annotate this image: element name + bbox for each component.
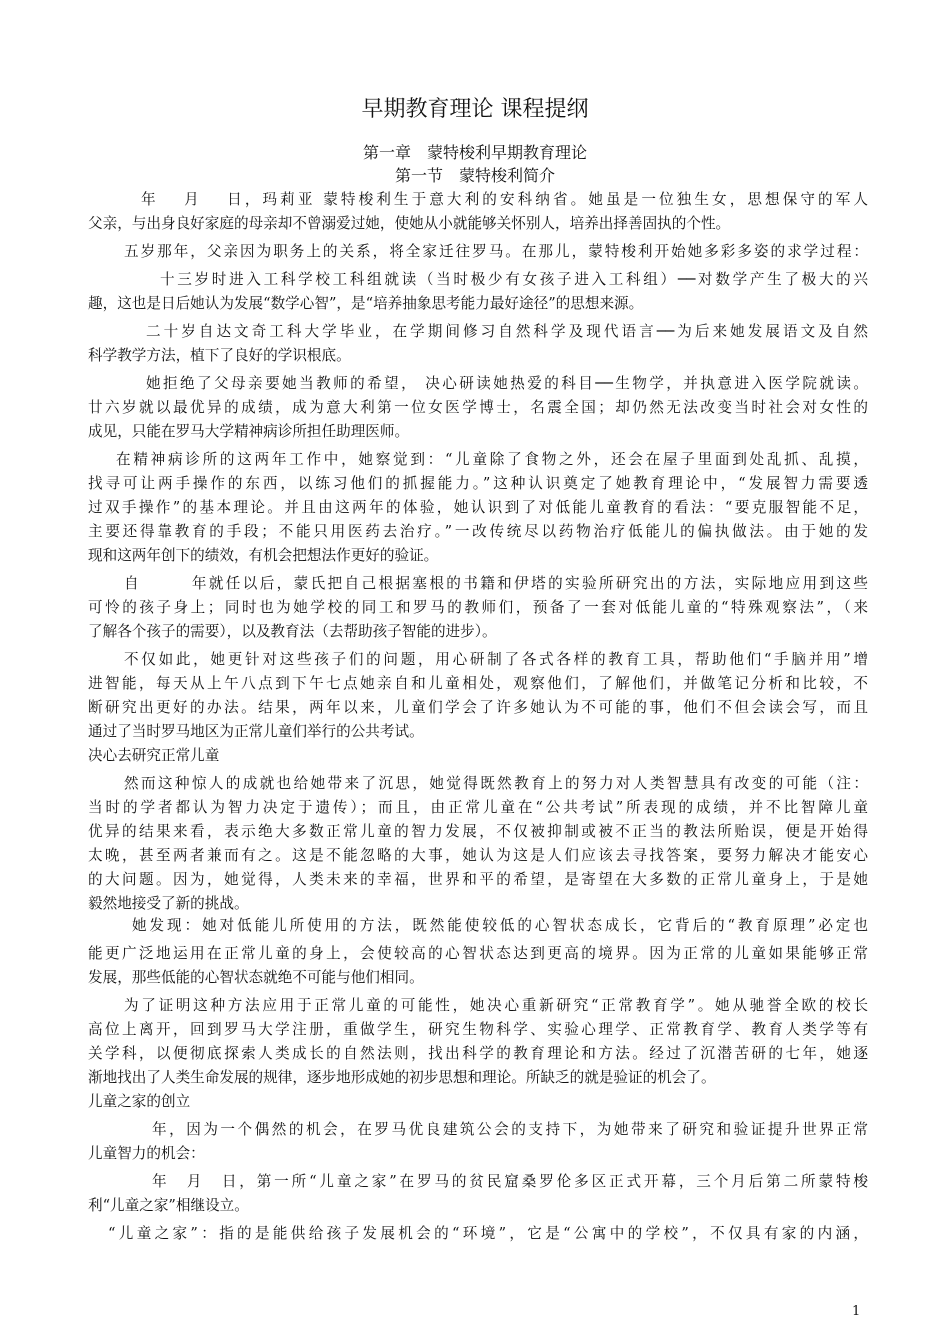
text-line: 年 月 日，第一所“儿童之家”在罗马的贫民窟桑罗伦多区正式开幕，三个月后第二所蒙…: [152, 1172, 868, 1192]
text-line: 科学教学方法，植下了良好的学识根底。: [88, 346, 868, 366]
text-line: 断研究出更好的办法。结果，两年以来，儿童们学会了许多她认为不可能的事，他们不但会…: [88, 698, 868, 718]
text-line: 她拒绝了父母亲要她当教师的希望， 决心研读她热爱的科目──生物学，并执意进入医学…: [146, 374, 868, 394]
text-line: 年 月 日，玛莉亚 蒙特梭利生于意大利的安科纳省。她虽是一位独生女，思想保守的军…: [88, 190, 868, 210]
text-line: 然而这种惊人的成就也给她带来了沉思，她觉得既然教育上的努力对人类智慧具有改变的可…: [124, 774, 868, 794]
text-line: 十三岁时进入工科学校工科组就读（当时极少有女孩子进入工科组）──对数学产生了极大…: [160, 270, 868, 290]
document-title: 早期教育理论 课程提纲: [0, 95, 950, 125]
text-line: 进智能，每天从上午八点到下午七点她亲自和儿童相处，观察他们，了解他们，并做笔记分…: [88, 674, 868, 694]
text-line: 为了证明这种方法应用于正常儿童的可能性，她决心重新研究“正常教育学”。她从驰誉全…: [124, 996, 868, 1016]
document-page: 早期教育理论 课程提纲 第一章 蒙特梭利早期教育理论 第一节 蒙特梭利简介 年 …: [0, 0, 950, 1344]
text-line: 可怜的孩子身上；同时也为她学校的同工和罗马的教师们，预备了一套对低能儿童的“特殊…: [88, 598, 868, 618]
text-line: 高位上离开，回到罗马大学注册，重做学生，研究生物科学、实验心理学、正常教育学、教…: [88, 1020, 868, 1040]
text-line: 通过了当时罗马地区为正常儿童们举行的公共考试。: [88, 722, 868, 742]
text-line: 廿六岁就以最优异的成绩，成为意大利第一位女医学博士，名震全国；却仍然无法改变当时…: [88, 398, 868, 418]
text-line: 关学科，以便彻底探索人类成长的自然法则，找出科学的教育理论和方法。经过了沉潜苦研…: [88, 1044, 868, 1064]
text-line: 了解各个孩子的需要），以及教育法（去帮助孩子智能的进步）。: [88, 622, 868, 642]
chapter-heading: 第一章 蒙特梭利早期教育理论: [0, 142, 950, 164]
text-line: 当时的学者都认为智力决定于遗传）；而且，由正常儿童在“公共考试”所表现的成绩，并…: [88, 798, 868, 818]
text-line: 毅然地接受了新的挑战。: [88, 894, 868, 914]
text-line: 五岁那年，父亲因为职务上的关系，将全家迁往罗马。在那儿，蒙特梭利开始她多彩多姿的…: [124, 242, 868, 262]
text-line: 儿童智力的机会：: [88, 1144, 868, 1164]
text-line: 发展，那些低能的心智状态就绝不可能与他们相同。: [88, 968, 868, 988]
subheading: 儿童之家的创立: [88, 1092, 190, 1112]
text-line: 优异的结果来看，表示绝大多数正常儿童的智力发展，不仅被抑制或被不正当的教法所贻误…: [88, 822, 868, 842]
text-line: 现和这两年创下的绩效，有机会把想法作更好的验证。: [88, 546, 868, 566]
text-line: 父亲，与出身良好家庭的母亲却不曾溺爱过她，使她从小就能够关怀别人，培养出择善固执…: [88, 214, 868, 234]
text-line: “儿童之家”：指的是能供给孩子发展机会的“环境”，它是“公寓中的学校”，不仅具有…: [108, 1224, 868, 1244]
text-line: 利“儿童之家”相继设立。: [88, 1196, 868, 1216]
text-line: 能更广泛地运用在正常儿童的身上，会使较高的心智状态达到更高的境界。因为正常的儿童…: [88, 944, 868, 964]
subheading: 决心去研究正常儿童: [88, 746, 219, 766]
text-line: 趣，这也是日后她认为发展“数学心智”，是“培养抽象思考能力最好途径”的思想来源。: [88, 294, 868, 314]
text-line: 找寻可让两手操作的东西，以练习他们的抓握能力。”这种认识奠定了她教育理论中，“发…: [88, 474, 868, 494]
text-line: 自 年就任以后，蒙氏把自己根据塞根的书籍和伊塔的实验所研究出的方法，实际地应用到…: [124, 574, 868, 594]
text-line: 主要还得靠教育的手段；不能只用医药去治疗。”一改传统尽以药物治疗低能儿的偏执做法…: [88, 522, 868, 542]
text-line: 太晚，甚至两者兼而有之。这是不能忽略的大事，她认为这是人们应该去寻找答案，要努力…: [88, 846, 868, 866]
section-heading: 第一节 蒙特梭利简介: [0, 165, 950, 187]
text-line: 成见，只能在罗马大学精神病诊所担任助理医师。: [88, 422, 868, 442]
text-line: 年，因为一个偶然的机会，在罗马优良建筑公会的支持下，为她带来了研究和验证提升世界…: [152, 1120, 868, 1140]
text-line: 在精神病诊所的这两年工作中，她察觉到：“儿童除了食物之外，还会在屋子里面到处乱抓…: [116, 450, 868, 470]
text-line: 二十岁自达文奇工科大学毕业，在学期间修习自然科学及现代语言──为后来她发展语文及…: [146, 322, 868, 342]
page-number: 1: [852, 1304, 860, 1320]
text-line: 不仅如此，她更针对这些孩子们的问题，用心研制了各式各样的教育工具，帮助他们“手脑…: [124, 650, 868, 670]
text-line: 过双手操作”的基本理论。并且由这两年的体验，她认识到了对低能儿童教育的看法：“要…: [88, 498, 868, 518]
text-line: 她发现：她对低能儿所使用的方法，既然能使较低的心智状态成长，它背后的“教育原理”…: [132, 916, 868, 936]
text-line: 渐地找出了人类生命发展的规律，逐步地形成她的初步思想和理论。所缺乏的就是验证的机…: [88, 1068, 868, 1088]
text-line: 的大问题。因为，她觉得，人类未来的幸福，世界和平的希望，是寄望在大多数的正常儿童…: [88, 870, 868, 890]
